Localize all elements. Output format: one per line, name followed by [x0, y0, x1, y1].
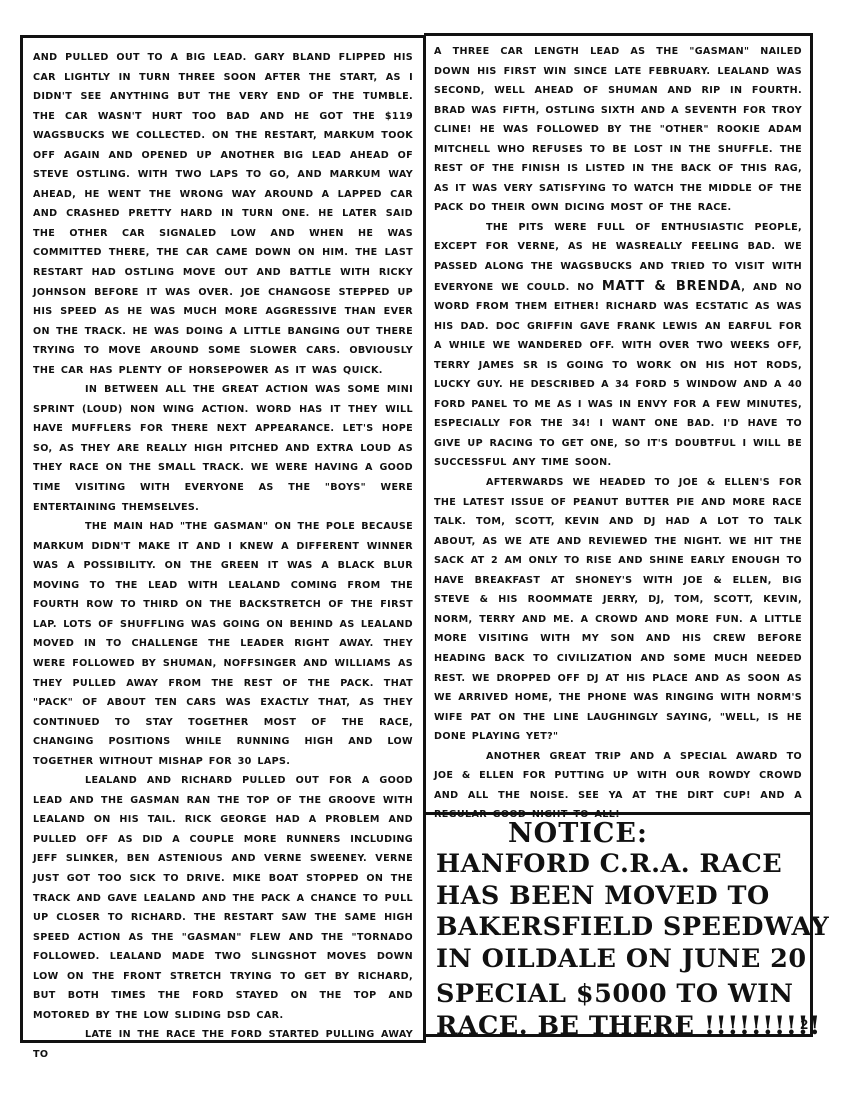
paragraph: THE PITS WERE FULL OF ENTHUSIASTIC PEOPL… — [434, 218, 802, 473]
notice-title: NOTICE: — [436, 819, 802, 849]
paragraph: LATE IN THE RACE THE FORD STARTED PULLIN… — [33, 1025, 413, 1064]
notice-line: IN OILDALE ON JUNE 20 — [436, 944, 802, 976]
notice-line: HAS BEEN MOVED TO — [436, 881, 802, 913]
text-run: , AND NO WORD FROM THEM EITHER! RICHARD … — [434, 282, 802, 469]
right-column: A THREE CAR LENGTH LEAD AS THE "GASMAN" … — [424, 33, 813, 1037]
notice-line: HANFORD C.R.A. RACE — [436, 849, 802, 881]
page-number: 2 — [800, 1016, 808, 1032]
paragraph: AFTERWARDS WE HEADED TO JOE & ELLEN'S FO… — [434, 473, 802, 747]
paragraph: THE MAIN HAD "THE GASMAN" ON THE POLE BE… — [33, 517, 413, 771]
notice-line: SPECIAL $5000 TO WIN — [436, 979, 802, 1011]
paragraph: IN BETWEEN ALL THE GREAT ACTION WAS SOME… — [33, 380, 413, 517]
paragraph: A THREE CAR LENGTH LEAD AS THE "GASMAN" … — [434, 42, 802, 218]
notice-line: RACE. BE THERE !!!!!!!!!! — [436, 1011, 802, 1043]
paragraph: LEALAND AND RICHARD PULLED OUT FOR A GOO… — [33, 771, 413, 1025]
notice-box: NOTICE: HANFORD C.R.A. RACE HAS BEEN MOV… — [426, 812, 810, 1034]
paragraph: AND PULLED OUT TO A BIG LEAD. GARY BLAND… — [33, 48, 413, 380]
notice-line: BAKERSFIELD SPEEDWAY — [436, 912, 802, 944]
left-column: AND PULLED OUT TO A BIG LEAD. GARY BLAND… — [20, 35, 426, 1043]
right-column-text: A THREE CAR LENGTH LEAD AS THE "GASMAN" … — [434, 42, 802, 825]
left-column-text: AND PULLED OUT TO A BIG LEAD. GARY BLAND… — [33, 48, 413, 1064]
highlighted-names: MATT & BRENDA — [602, 279, 741, 294]
